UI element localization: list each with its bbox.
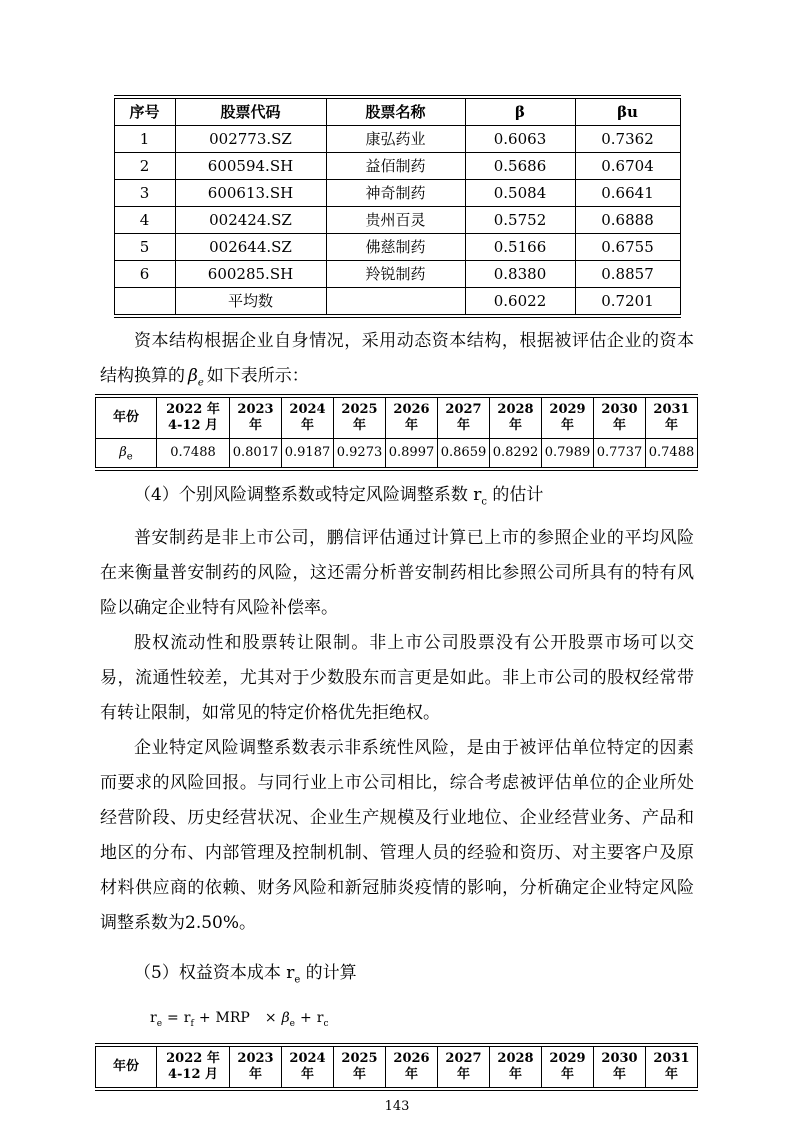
cell-code: 002644.SZ	[175, 234, 326, 261]
paragraph-text: 如下表所示：	[207, 366, 309, 386]
equals-sign: =	[167, 1010, 179, 1026]
document-page: 序号 股票代码 股票名称 β βu 1 002773.SZ 康弘药业 0.606…	[0, 0, 793, 1122]
year-cell: 2028 年	[490, 396, 542, 439]
specific-risk-detail-paragraph: 企业特定风险调整系数表示非系统性风险，是由于被评估单位特定的因素而要求的风险回报…	[100, 731, 694, 941]
cell-beta: 0.8380	[465, 261, 575, 288]
beta-comparison-table: 序号 股票代码 股票名称 β βu 1 002773.SZ 康弘药业 0.606…	[114, 95, 681, 318]
cell-name: 贵州百灵	[326, 207, 465, 234]
year-cell: 2024 年	[282, 396, 334, 439]
cell-average-beta-u: 0.7201	[575, 288, 680, 317]
cell-beta-u: 0.6888	[575, 207, 680, 234]
table-row: 2 600594.SH 益佰制药 0.5686 0.6704	[114, 153, 680, 180]
beta-e-value: 0.7488	[646, 439, 698, 470]
page-number: 143	[100, 1099, 694, 1114]
year-cell: 2028 年	[490, 1045, 542, 1089]
beta-e-value: 0.8292	[490, 439, 542, 470]
year-cell: 2026 年	[386, 1045, 438, 1089]
year-label-cell: 年份	[96, 1045, 157, 1089]
plus-sign: +	[199, 1010, 211, 1026]
table-row: 3 600613.SH 神奇制药 0.5084 0.6641	[114, 180, 680, 207]
section-heading-4: （4）个别风险调整系数或特定风险调整系数 rc 的估计	[100, 483, 694, 507]
column-header-beta-u: βu	[575, 97, 680, 126]
year-cell: 2030 年	[594, 1045, 646, 1089]
formula-term-re: re	[150, 1010, 162, 1026]
year-cell: 2027 年	[438, 396, 490, 439]
year-cell: 2031 年	[646, 396, 698, 439]
specific-risk-intro-paragraph: 普安制药是非上市公司，鹏信评估通过计算已上市的参照企业的平均风险在来衡量普安制药…	[100, 521, 694, 626]
year-cell: 2030 年	[594, 396, 646, 439]
year-cell: 2029 年	[542, 396, 594, 439]
cell-beta-u: 0.6755	[575, 234, 680, 261]
cell-no: 1	[114, 126, 175, 153]
cell-name: 益佰制药	[326, 153, 465, 180]
beta-e-symbol: βe	[185, 366, 207, 386]
cell-beta: 0.5752	[465, 207, 575, 234]
cell-beta: 0.5686	[465, 153, 575, 180]
cell-name: 羚锐制药	[326, 261, 465, 288]
beta-e-value: 0.7488	[157, 439, 230, 470]
cell-beta-u: 0.7362	[575, 126, 680, 153]
cell-no: 4	[114, 207, 175, 234]
cell-average-beta: 0.6022	[465, 288, 575, 317]
column-header-no: 序号	[114, 97, 175, 126]
formula-term-rf: rf	[184, 1010, 194, 1026]
year-cell: 2023 年	[230, 396, 282, 439]
table-row: 4 002424.SZ 贵州百灵 0.5752 0.6888	[114, 207, 680, 234]
beta-e-by-year-table: 年份 2022 年4-12 月 2023 年 2024 年 2025 年 202…	[95, 394, 698, 471]
cell-no: 5	[114, 234, 175, 261]
cell-code: 002424.SZ	[175, 207, 326, 234]
formula-term-beta-e: βe	[282, 1010, 295, 1026]
table-row: 5 002644.SZ 佛慈制药 0.5166 0.6755	[114, 234, 680, 261]
beta-e-value: 0.8659	[438, 439, 490, 470]
cell-beta-u: 0.6704	[575, 153, 680, 180]
table-row: 1 002773.SZ 康弘药业 0.6063 0.7362	[114, 126, 680, 153]
cell-beta: 0.5166	[465, 234, 575, 261]
year-cell: 2029 年	[542, 1045, 594, 1089]
cell-code: 600285.SH	[175, 261, 326, 288]
cell-no: 3	[114, 180, 175, 207]
cell-no: 2	[114, 153, 175, 180]
cost-of-equity-year-table: 年份 2022 年4-12 月 2023 年 2024 年 2025 年 202…	[95, 1043, 698, 1091]
year-cell: 2027 年	[438, 1045, 490, 1089]
beta-e-value: 0.9187	[282, 439, 334, 470]
formula-term-rc: rc	[317, 1010, 329, 1026]
beta-e-value-row: βe 0.7488 0.8017 0.9187 0.9273 0.8997 0.…	[96, 439, 698, 470]
year-cell: 2031 年	[646, 1045, 698, 1089]
table-row: 6 600285.SH 羚锐制药 0.8380 0.8857	[114, 261, 680, 288]
year-cell: 2024 年	[282, 1045, 334, 1089]
liquidity-paragraph: 股权流动性和股票转让限制。非上市公司股票没有公开股票市场可以交易，流通性较差，尤…	[100, 626, 694, 731]
year-cell: 2026 年	[386, 396, 438, 439]
cell-code: 002773.SZ	[175, 126, 326, 153]
beta-e-value: 0.9273	[334, 439, 386, 470]
cell-name-empty	[326, 288, 465, 317]
section-heading-5: （5）权益资本成本 re 的计算	[100, 961, 694, 985]
year-header-row: 年份 2022 年4-12 月 2023 年 2024 年 2025 年 202…	[96, 1045, 698, 1089]
beta-e-value: 0.7737	[594, 439, 646, 470]
cell-beta: 0.6063	[465, 126, 575, 153]
capital-structure-paragraph: 资本结构根据企业自身情况，采用动态资本结构，根据被评估企业的资本结构换算的βe如…	[100, 324, 694, 394]
cell-beta: 0.5084	[465, 180, 575, 207]
cost-of-equity-formula: re=rf+MRP×βe+rc	[150, 1007, 694, 1029]
cell-beta-u: 0.6641	[575, 180, 680, 207]
year-cell: 2025 年	[334, 396, 386, 439]
cell-no-empty	[114, 288, 175, 317]
year-label-cell: 年份	[96, 396, 157, 439]
beta-e-value: 0.8017	[230, 439, 282, 470]
year-cell-2022: 2022 年4-12 月	[157, 396, 230, 439]
table-header-row: 序号 股票代码 股票名称 β βu	[114, 97, 680, 126]
cell-beta-u: 0.8857	[575, 261, 680, 288]
formula-term-mrp: MRP	[216, 1010, 250, 1026]
cell-average-label: 平均数	[175, 288, 326, 317]
year-cell: 2023 年	[230, 1045, 282, 1089]
beta-e-value: 0.8997	[386, 439, 438, 470]
cell-code: 600594.SH	[175, 153, 326, 180]
average-row: 平均数 0.6022 0.7201	[114, 288, 680, 317]
cell-no: 6	[114, 261, 175, 288]
beta-e-symbol: βe	[96, 439, 157, 470]
column-header-beta: β	[465, 97, 575, 126]
year-header-row: 年份 2022 年4-12 月 2023 年 2024 年 2025 年 202…	[96, 396, 698, 439]
cell-name: 神奇制药	[326, 180, 465, 207]
cell-name: 佛慈制药	[326, 234, 465, 261]
plus-sign: +	[300, 1010, 312, 1026]
multiply-sign: ×	[265, 1010, 277, 1026]
column-header-stock-code: 股票代码	[175, 97, 326, 126]
beta-e-value: 0.7989	[542, 439, 594, 470]
cell-name: 康弘药业	[326, 126, 465, 153]
cell-code: 600613.SH	[175, 180, 326, 207]
column-header-stock-name: 股票名称	[326, 97, 465, 126]
year-cell: 2025 年	[334, 1045, 386, 1089]
year-cell-2022: 2022 年4-12 月	[157, 1045, 230, 1089]
